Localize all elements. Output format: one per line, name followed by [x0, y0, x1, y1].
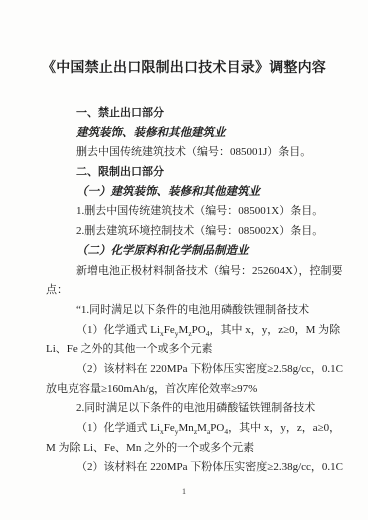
document-line: 2.同时满足以下条件的电池用磷酸锰铁锂制备技术 [46, 399, 360, 419]
document-line: 建筑装饰、装修和其他建筑业 [46, 124, 360, 144]
document-line: （2）该材料在 220MPa 下粉体压实密度≥2.38g/cc，0.1C [46, 458, 360, 478]
document-line: （1）化学通式 LixFeyMnzMaPO4，其中 x，y，z，a≥0， [46, 419, 360, 439]
document-line: （一）建筑装饰、装修和其他建筑业 [46, 183, 360, 203]
document-line: 二、限制出口部分 [46, 163, 360, 183]
document-line: （二）化学原料和化学制品制造业 [46, 242, 360, 262]
document-line: （2）该材料在 220MPa 下粉体压实密度≥2.58g/cc，0.1C [46, 360, 360, 380]
document-line: 2.删去建筑环境控制技术（编号：085002X）条目。 [46, 222, 360, 242]
document-line: 删去中国传统建筑技术（编号：085001J）条目。 [46, 143, 360, 163]
document-line: 放电克容量≥160mAh/g，首次库伦效率≥97% [46, 380, 360, 400]
document-line: Li、Fe 之外的其他一个或多个元素 [46, 340, 360, 360]
document-line: 1.删去中国传统建筑技术（编号：085001X）条目。 [46, 202, 360, 222]
document-title: 《中国禁止出口限制出口技术目录》调整内容 [6, 57, 362, 77]
document-line: “1.同时满足以下条件的电池用磷酸铁锂制备技术 [46, 301, 360, 321]
page-number: 1 [0, 487, 368, 496]
document-line: M 为除 Li、Fe、Mn 之外的一个或多个元素 [46, 439, 360, 459]
document-line: （1）化学通式 LixFeyMzPO4，其中 x，y，z≥0，M 为除 [46, 321, 360, 341]
document-body: 一、禁止出口部分建筑装饰、装修和其他建筑业删去中国传统建筑技术（编号：08500… [46, 104, 360, 478]
document-line: 新增电池正极材料制备技术（编号：252604X），控制要 [46, 262, 360, 282]
document-line: 一、禁止出口部分 [46, 104, 360, 124]
scanned-document-page: 《中国禁止出口限制出口技术目录》调整内容 一、禁止出口部分建筑装饰、装修和其他建… [0, 0, 368, 520]
document-line: 点： [46, 281, 360, 301]
